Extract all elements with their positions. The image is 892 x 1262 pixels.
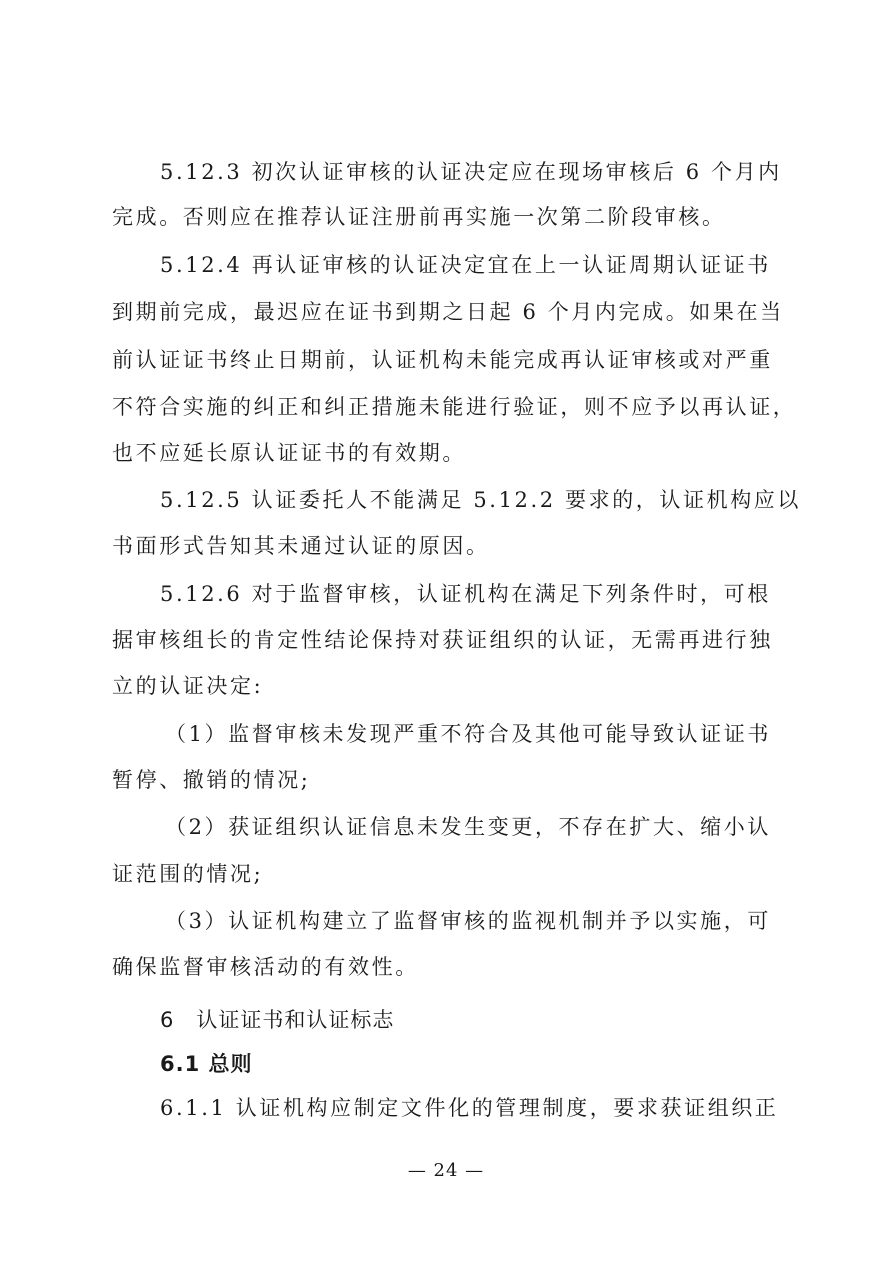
paragraph-5-12-4-line-2: 到期前完成，最迟应在证书到期之日起 6 个月内完成。如果在当 [112,298,792,326]
section-heading: 6 认证证书和认证标志 [160,1006,840,1034]
list-item-2-line-1: （2）获证组织认证信息未发生变更，不存在扩大、缩小认 [165,813,845,841]
list-item-1-line-2: 暂停、撤销的情况; [112,766,792,794]
list-item-1-line-1: （1）监督审核未发现严重不符合及其他可能导致认证证书 [165,720,845,748]
list-item-2-line-2: 证范围的情况; [112,860,792,888]
document-page: 5.12.3 初次认证审核的认证决定应在现场审核后 6 个月内 完成。否则应在推… [0,0,892,1262]
paragraph-6-1-1-line-1: 6.1.1 认证机构应制定文件化的管理制度，要求获证组织正 [160,1094,840,1122]
paragraph-5-12-5-line-2: 书面形式告知其未通过认证的原因。 [112,532,792,560]
list-item-3-line-1: （3）认证机构建立了监督审核的监视机制并予以实施，可 [165,907,845,935]
paragraph-5-12-4-line-1: 5.12.4 再认证审核的认证决定宜在上一认证周期认证证书 [160,251,840,279]
list-item-3-line-2: 确保监督审核活动的有效性。 [112,953,792,981]
paragraph-5-12-4-line-4: 不符合实施的纠正和纠正措施未能进行验证，则不应予以再认证， [112,393,792,421]
paragraph-5-12-6-line-3: 立的认证决定: [112,672,792,700]
subsection-heading: 6.1 总则 [160,1050,840,1078]
page-number: — 24 — [0,1160,892,1181]
paragraph-5-12-4-line-5: 也不应延长原认证证书的有效期。 [112,439,792,467]
paragraph-5-12-4-line-3: 前认证证书终止日期前，认证机构未能完成再认证审核或对严重 [112,346,792,374]
paragraph-5-12-5-line-1: 5.12.5 认证委托人不能满足 5.12.2 要求的，认证机构应以 [160,486,840,514]
paragraph-5-12-3-line-2: 完成。否则应在推荐认证注册前再实施一次第二阶段审核。 [112,203,792,231]
paragraph-5-12-6-line-1: 5.12.6 对于监督审核，认证机构在满足下列条件时，可根 [160,580,840,608]
paragraph-5-12-6-line-2: 据审核组长的肯定性结论保持对获证组织的认证，无需再进行独 [112,626,792,654]
paragraph-5-12-3-line-1: 5.12.3 初次认证审核的认证决定应在现场审核后 6 个月内 [160,158,840,186]
